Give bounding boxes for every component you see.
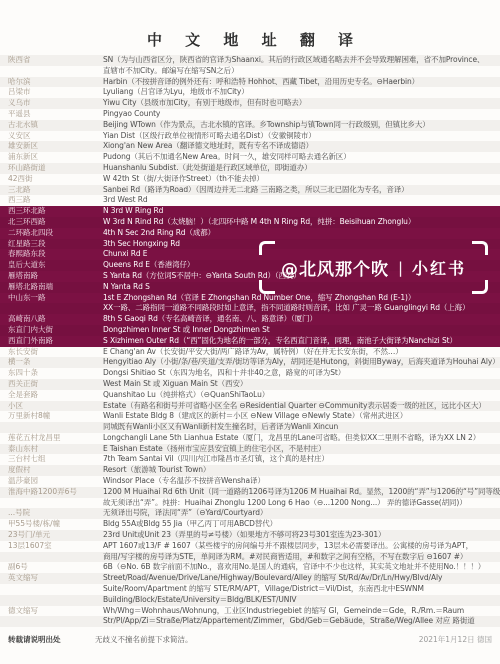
term-cell: 哈尔滨 xyxy=(0,77,103,88)
table-row-line: 东直门内大街 Dongzhimen Inner St 或 Inner Dongz… xyxy=(0,325,500,336)
translation-cell: Suite/Room/Apartment 的缩写 STE/RM/APT，Vill… xyxy=(103,584,424,595)
table-row-line: 东长安街 E Chang'an Av（长安街/平安大街/两广路译为Av，属特例）… xyxy=(0,347,500,358)
table-row-line: 同城既有Wanli小区又有Wanli新村发生撞名时，后者译为Wanli Xinc… xyxy=(0,422,500,433)
term-cell: 皇后大道东 xyxy=(0,260,103,271)
xiaohongshu-watermark: @北风那个吹 | 小红书 xyxy=(257,240,490,295)
translation-cell: Yian Dist（区级行政单位视情形可略去通名Dist）（安徽铜陵市） xyxy=(103,131,316,142)
table-row-line: 陕西省 SN（为与山西省区分，陕西省的官译为Shaanxi。其后的行政区域通名略… xyxy=(0,55,500,66)
watermark-separator: | xyxy=(398,259,403,277)
translation-cell: W 42th St（街/大街译作Street）（th不能去掉） xyxy=(103,174,264,185)
translation-cell: Windsor Place（专名温莎不按拼音Wensha译） xyxy=(103,476,265,487)
viewfinder-corner-icon xyxy=(259,280,275,294)
translation-cell: 4th N Sec 2nd Ring Rd（成都） xyxy=(103,228,215,239)
translation-cell: 直辖市不加City。邮编写在缩写SN之后） xyxy=(103,66,238,77)
footer: 转载请说明出处 无歧义不撞名前提下求简洁。 2021年1月12日 德国 xyxy=(0,634,500,646)
translation-cell: Building/Block/Estate/University＝Bldg/BL… xyxy=(103,595,296,606)
table-row-line: 英文缩写 Street/Road/Avenue/Drive/Lane/Highw… xyxy=(0,573,500,584)
translation-cell: Dongsi Shitiao St（东四为地名，四和十并非40之意，路宽的可译为… xyxy=(103,368,345,379)
table-row-line: 小区 Estate（有路名和街号并可省略小区全名 ⊖Residential Qu… xyxy=(0,401,500,412)
translation-cell: Longchangli Lane 5th Lianhua Estate（厦门，龙… xyxy=(103,433,480,444)
translation-cell: 3rd West Rd xyxy=(103,195,148,206)
table-row-line: 故无须译出“弄”。纯拼：Huaihai Zhonglu 1200 Long 6 … xyxy=(0,498,500,509)
table-row-line: 二环路北四段 4th N Sec 2nd Ring Rd（成都） xyxy=(0,228,500,239)
table-row-line: 莲花五村龙昌里 Longchangli Lane 5th Lianhua Est… xyxy=(0,433,500,444)
term-cell: 横一条 xyxy=(0,357,103,368)
viewfinder-corner-icon xyxy=(472,280,488,294)
table-row-line: 泰山东村 E Taishan Estate（扬州市宝应县安宜镇上的住宅小区，不是… xyxy=(0,444,500,455)
translation-cell: Dongzhimen Inner St 或 Inner Dongzhimen S… xyxy=(103,325,270,336)
table-row-line: 全是套路 Quanshitao Lu（纯拼格式）（⊖QuanShiTaoLu） xyxy=(0,390,500,401)
term-cell: 东直门内大街 xyxy=(0,325,103,336)
watermark-handle: @北风那个吹 xyxy=(281,255,389,280)
term-cell: 义乌市 xyxy=(0,98,103,109)
translation-cell: N 3rd W Ring Rd xyxy=(103,206,163,217)
translation-cell: Harbin（不按拼音译的例外还有：呼和浩特 Hohhot、西藏 Tibet，沿… xyxy=(103,77,419,88)
table-row-line: 古北水镇 Beijing WTown（作为景点，古北水镇的官译。乡Townshi… xyxy=(0,120,500,131)
table-row-line: 浦东新区 Pudong（其后不加通名New Area。时间一久，雄安同样可略去通… xyxy=(0,152,500,163)
term-cell xyxy=(0,66,103,77)
table-row-line: 度假村 Resort（旅游城 Tourist Town） xyxy=(0,465,500,476)
term-cell: 雁塔南路 xyxy=(0,271,103,282)
translation-cell: 8th S Gaoqi Rd（专名高崎音译，通名南、八、路意译）（厦门） xyxy=(103,314,317,325)
term-cell: 副6号 xyxy=(0,562,103,573)
term-cell xyxy=(0,616,103,627)
translation-cell: Sanbei Rd（路译为Road）（因周边并无二北路 三南路之类，所以三北已固… xyxy=(103,185,409,196)
term-cell: 淮海中路1200弄6号 xyxy=(0,487,103,498)
translation-cell: XX一路、二路指同一道路不同路段时如上意译，指不同道路时则音译，比如 广灵一路 … xyxy=(103,303,469,314)
translation-cell: E Chang'an Av（长安街/平安大街/两广路译为Av，属特例）（好在并无… xyxy=(103,347,403,358)
term-cell: 小区 xyxy=(0,401,103,412)
term-cell: 平遥县 xyxy=(0,109,103,120)
translation-cell: 7th Team Santai Vil（四川内江市隆昌市圣灯镇，这个真的是村庄） xyxy=(103,454,329,465)
table-row-line: 23号门/单元 23rd Unit或Unit 23（弄里的号≠号楼）（如果地方不… xyxy=(0,530,500,541)
footer-label: 转载请说明出处 xyxy=(0,634,95,646)
translation-cell: SN（为与山西省区分，陕西省的官译为Shaanxi。其后的行政区域通名略去并不会… xyxy=(103,55,484,66)
translation-cell: 1200 M Huaihai Rd 6th Unit（同一道路的1206号译为1… xyxy=(103,487,500,498)
viewfinder-corner-icon xyxy=(472,241,488,255)
translation-cell: Estate（有路名和街号并可省略小区全名 ⊖Residential Quart… xyxy=(103,401,486,412)
table-row-line: 西关正街 West Main St 或 Xiguan Main St（西安） xyxy=(0,379,500,390)
translation-cell: Pingyao County xyxy=(103,109,160,120)
page-title: 中 文 地 址 翻 译 xyxy=(0,0,500,50)
translation-cell: Queens Rd E（香港湾仔） xyxy=(103,260,194,271)
translation-cell: Quanshitao Lu（纯拼格式）（⊖QuanShiTaoLu） xyxy=(103,390,269,401)
table-row-line: 商用/写字楼的房号译为STE，单间译为RM。#对民商皆适用，#和数字之间有空格，… xyxy=(0,552,500,563)
translation-cell: Resort（旅游城 Tourist Town） xyxy=(103,465,210,476)
translation-cell: Chunxi Rd E xyxy=(103,249,147,260)
translation-cell: 故无须译出“弄”。纯拼：Huaihai Zhonglu 1200 Long 6 … xyxy=(103,498,467,509)
term-cell: ...号院 xyxy=(0,508,103,519)
term-cell: 古北水镇 xyxy=(0,120,103,131)
term-cell: 二环路北四段 xyxy=(0,228,103,239)
table-row-line: 高崎南八路 8th S Gaoqi Rd（专名高崎音译，通名南、八、路意译）（厦… xyxy=(0,314,500,325)
term-cell: 北三环西路 xyxy=(0,217,103,228)
translation-cell: 3th Sec Hongxing Rd xyxy=(103,239,180,250)
translation-cell: Lyuliang（吕官译为Lyu，地级市不加City） xyxy=(103,87,249,98)
translation-cell: Hengyitiao Aly（小街/条/巷/夹道/支弄/街坊等译为Aly，胡同还… xyxy=(103,357,500,368)
translation-cell: West Main St 或 Xiguan Main St（西安） xyxy=(103,379,247,390)
table-row-line: 直辖市不加City。邮编写在缩写SN之后） xyxy=(0,66,500,77)
footer-date: 2021年1月12日 德国 xyxy=(419,634,500,646)
translation-cell: Wh/Whg＝Wohnhaus/Wohnung，工业区Industriegebi… xyxy=(103,606,464,617)
table-row-line: 淮海中路1200弄6号 1200 M Huaihai Rd 6th Unit（同… xyxy=(0,487,500,498)
table-row-line: 副6号 6B（⊖No. 6B 数字前面不加No.，喜欢用No.是国人的通病，官译… xyxy=(0,562,500,573)
table-row-line: 西直门外南路 S Xizhimen Outer Rd（“西”固化为地名的一部分，… xyxy=(0,336,500,347)
term-cell: 环山路街道 xyxy=(0,163,103,174)
term-cell xyxy=(0,422,103,433)
translation-cell: Pudong（其后不加通名New Area。时间一久，雄安同样可略去通名新区） xyxy=(103,152,351,163)
term-cell: 义安区 xyxy=(0,131,103,142)
translation-cell: Street/Road/Avenue/Drive/Lane/Highway/Bo… xyxy=(103,573,442,584)
table-row-line: 雄安新区 Xiong'an New Area（翻译德文地址时，既有专名不译成德语… xyxy=(0,141,500,152)
term-cell: 万里新村8幢 xyxy=(0,411,103,422)
table-row-line: 义安区 Yian Dist（区级行政单位视情形可略去通名Dist）（安徽铜陵市） xyxy=(0,131,500,142)
table-row-line: 哈尔滨 Harbin（不按拼音译的例外还有：呼和浩特 Hohhot、西藏 Tib… xyxy=(0,77,500,88)
term-cell: 雁塔北路南端 xyxy=(0,282,103,293)
translation-cell: S Xizhimen Outer Rd（“西”固化为地名的一部分，专名西直门音译… xyxy=(103,336,457,347)
term-cell: 雄安新区 xyxy=(0,141,103,152)
viewfinder-corner-icon xyxy=(259,241,275,255)
term-cell: 浦东新区 xyxy=(0,152,103,163)
term-cell: 德文缩写 xyxy=(0,606,103,617)
translation-cell: 商用/写字楼的房号译为STE，单间译为RM。#对民商皆适用，#和数字之间有空格，… xyxy=(103,552,467,563)
term-cell: 英文缩写 xyxy=(0,573,103,584)
term-cell: 全是套路 xyxy=(0,390,103,401)
table-row-line: 三台村七组 7th Team Santai Vil（四川内江市隆昌市圣灯镇，这个… xyxy=(0,454,500,465)
term-cell xyxy=(0,552,103,563)
table-row-line: 13层1607室 APT 1607或13/F # 1607（某些楼宇的房间编号并… xyxy=(0,541,500,552)
term-cell: 西三路 xyxy=(0,195,103,206)
table-row-line: 北三环西路 W 3rd N Rind Rd（太烧脑！）（北四环中路 M 4th … xyxy=(0,217,500,228)
translation-cell: N Yanta Rd S xyxy=(103,282,150,293)
xiaohongshu-logo: 小红书 xyxy=(412,256,466,279)
table-row-line: 万里新村8幢 Wanli Estate Bldg 8（建成区的新村＝小区 ⊖Ne… xyxy=(0,411,500,422)
table-row-line: ...号院 无须译出号院，译法同“弄”（⊖Yard/Courtyard） xyxy=(0,508,500,519)
term-cell: 西三环北路 xyxy=(0,206,103,217)
term-cell: 吕梁市 xyxy=(0,87,103,98)
term-cell: 西直门外南路 xyxy=(0,336,103,347)
footer-note: 无歧义不撞名前提下求简洁。 xyxy=(95,634,419,646)
translation-cell: 无须译出号院，译法同“弄”（⊖Yard/Courtyard） xyxy=(103,508,267,519)
term-cell: 23号门/单元 xyxy=(0,530,103,541)
term-cell: 春熙路东段 xyxy=(0,249,103,260)
term-cell: 红星路三段 xyxy=(0,239,103,250)
term-cell xyxy=(0,303,103,314)
term-cell: 42西街 xyxy=(0,174,103,185)
table-row-line: 西三环北路 N 3rd W Ring Rd xyxy=(0,206,500,217)
term-cell: 西关正街 xyxy=(0,379,103,390)
term-cell: 中山东一路 xyxy=(0,293,103,304)
translation-cell: Yiwu City（县级市加City，有别于地级市，但有时也可略去） xyxy=(103,98,306,109)
table-row-line: 横一条 Hengyitiao Aly（小街/条/巷/夹道/支弄/街坊等译为Aly… xyxy=(0,357,500,368)
term-cell: 东长安街 xyxy=(0,347,103,358)
translation-cell: Wanli Estate Bldg 8（建成区的新村＝小区 ⊖New Villa… xyxy=(103,411,407,422)
table-row-line: 甲55号楼/栋/幢 Bldg 55A或Bldg 55 Jia（甲乙丙丁可用ABC… xyxy=(0,519,500,530)
table-row-line: 西三路 3rd West Rd xyxy=(0,195,500,206)
term-cell: 高崎南八路 xyxy=(0,314,103,325)
translation-cell: Beijing WTown（作为景点，古北水镇的官译。乡Township与镇To… xyxy=(103,120,430,131)
table-row-line: 环山路街道 Huanshanlu Subdist.（此处街道是行政区域单位，即街… xyxy=(0,163,500,174)
term-cell: 三北路 xyxy=(0,185,103,196)
term-cell: 度假村 xyxy=(0,465,103,476)
translation-cell: 23rd Unit或Unit 23（弄里的号≠号楼）（如果地方不够可将23号30… xyxy=(103,530,385,541)
term-cell: 三台村七组 xyxy=(0,454,103,465)
translation-cell: E Taishan Estate（扬州市宝应县安宜镇上的住宅小区，不是村庄） xyxy=(103,444,325,455)
term-cell xyxy=(0,595,103,606)
table-row-line: 德文缩写 Wh/Whg＝Wohnhaus/Wohnung，工业区Industri… xyxy=(0,606,500,617)
term-cell: 东四十条 xyxy=(0,368,103,379)
table-row-line: Suite/Room/Apartment 的缩写 STE/RM/APT，Vill… xyxy=(0,584,500,595)
address-table: 陕西省 SN（为与山西省区分，陕西省的官译为Shaanxi。其后的行政区域通名略… xyxy=(0,55,500,627)
table-row-line: 三北路 Sanbei Rd（路译为Road）（因周边并无二北路 三南路之类，所以… xyxy=(0,185,500,196)
term-cell: 温莎豪园 xyxy=(0,476,103,487)
table-row-line: Str/Pl/App/Zi＝Straße/Platz/Appartement/Z… xyxy=(0,616,500,627)
translation-cell: W 3rd N Rind Rd（太烧脑！）（北四环中路 M 4th N Ring… xyxy=(103,217,415,228)
table-row-line: 42西街 W 42th St（街/大街译作Street）（th不能去掉） xyxy=(0,174,500,185)
table-row-line: 吕梁市 Lyuliang（吕官译为Lyu，地级市不加City） xyxy=(0,87,500,98)
translation-cell: APT 1607或13/F # 1607（某些楼宇的房间编号并不跟楼层同步，13… xyxy=(103,541,473,552)
table-row-line: 温莎豪园 Windsor Place（专名温莎不按拼音Wensha译） xyxy=(0,476,500,487)
term-cell: 陕西省 xyxy=(0,55,103,66)
translation-cell: Str/Pl/App/Zi＝Straße/Platz/Appartement/Z… xyxy=(103,616,475,627)
term-cell: 泰山东村 xyxy=(0,444,103,455)
translation-cell: Huanshanlu Subdist.（此处街道是行政区域单位，即街道办） xyxy=(103,163,312,174)
translation-cell: 6B（⊖No. 6B 数字前面不加No.，喜欢用No.是国人的通病，官译中不少也… xyxy=(103,562,485,573)
translation-cell: Xiong'an New Area（翻译德文地址时，既有专名不译成德语） xyxy=(103,141,313,152)
translation-cell: Bldg 55A或Bldg 55 Jia（甲乙丙丁可用ABCD替代） xyxy=(103,519,277,530)
table-row-line: 义乌市 Yiwu City（县级市加City，有别于地级市，但有时也可略去） xyxy=(0,98,500,109)
term-cell xyxy=(0,498,103,509)
translation-cell: 同城既有Wanli小区又有Wanli新村发生撞名时，后者译为Wanli Xinc… xyxy=(103,422,338,433)
term-cell xyxy=(0,584,103,595)
term-cell: 13层1607室 xyxy=(0,541,103,552)
term-cell: 莲花五村龙昌里 xyxy=(0,433,103,444)
table-row-line: XX一路、二路指同一道路不同路段时如上意译，指不同道路时则音译，比如 广灵一路 … xyxy=(0,303,500,314)
term-cell: 甲55号楼/栋/幢 xyxy=(0,519,103,530)
table-row-line: Building/Block/Estate/University＝Bldg/BL… xyxy=(0,595,500,606)
table-row-line: 平遥县 Pingyao County xyxy=(0,109,500,120)
page: 中 文 地 址 翻 译 陕西省 SN（为与山西省区分，陕西省的官译为Shaanx… xyxy=(0,0,500,664)
table-row-line: 东四十条 Dongsi Shitiao St（东四为地名，四和十并非40之意，路… xyxy=(0,368,500,379)
